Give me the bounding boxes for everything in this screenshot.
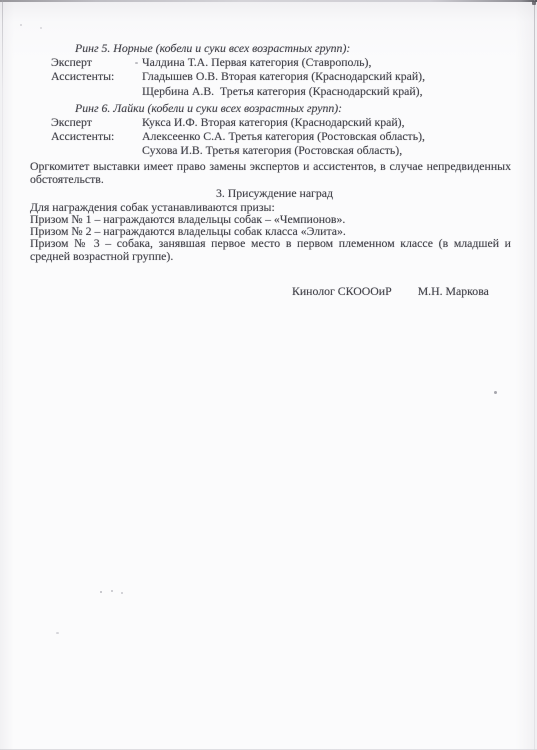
expert-value: Чалдина Т.А. Первая категория (Ставропол…: [142, 55, 511, 69]
scanned-document-page: Ринг 5. Норные (кобели и суки всех возра…: [0, 0, 537, 750]
ring-6-heading: Ринг 6. Лайки (кобели и суки всех возрас…: [30, 101, 511, 115]
expert-label: Эксперт: [30, 55, 142, 69]
signature-name: М.Н. Маркова: [418, 285, 489, 298]
ring-5-expert-row: Эксперт Чалдина Т.А. Первая категория (С…: [30, 55, 511, 69]
section-heading-awards: 3. Присуждение наград: [30, 187, 511, 199]
scan-right-edge: [534, 0, 535, 750]
ring-5-assistant-row-2: Щербина А.В. Третья категория (Краснодар…: [30, 84, 511, 98]
scan-speck: [40, 27, 42, 29]
signature-line: Кинолог СКОООиР М.Н. Маркова: [30, 285, 511, 298]
assistants-label: Ассистенты:: [30, 69, 142, 83]
award-prize-3: Призом № 3 – собака, занявшая первое мес…: [30, 237, 511, 261]
ring-5-heading: Ринг 5. Норные (кобели и суки всех возра…: [30, 41, 511, 55]
orgcommittee-note: Оргкомитет выставки имеет право замены э…: [30, 160, 511, 187]
scan-speck: [121, 592, 123, 594]
scan-speck: [135, 62, 138, 64]
assistants-label: Ассистенты:: [30, 129, 142, 143]
expert-label: Эксперт: [30, 115, 142, 129]
scan-speck: [20, 24, 22, 26]
scan-speck: [56, 632, 59, 634]
expert-value: Кукса И.Ф. Вторая категория (Краснодарск…: [142, 115, 511, 129]
signature-role: Кинолог СКОООиР: [292, 285, 392, 298]
scan-left-edge: [2, 0, 3, 750]
scan-speck: [111, 590, 113, 592]
awards-block: Для награждения собак устанавливаются пр…: [30, 201, 511, 262]
scan-speck: [100, 591, 102, 593]
scan-top-edge: [0, 0, 537, 2]
assistant-value: Алексеенко С.А. Третья категория (Ростов…: [142, 129, 511, 143]
assistants-label-empty: [30, 143, 142, 157]
ring-5-assistant-row-1: Ассистенты: Гладышев О.В. Вторая категор…: [30, 69, 511, 83]
ring-6-block: Ринг 6. Лайки (кобели и суки всех возрас…: [30, 101, 511, 158]
scan-speck: [494, 391, 497, 394]
assistant-value: Гладышев О.В. Вторая категория (Краснода…: [142, 69, 511, 83]
ring-6-assistant-row-2: Сухова И.В. Третья категория (Ростовская…: [30, 143, 511, 157]
document-content: Ринг 5. Норные (кобели и суки всех возра…: [30, 41, 511, 298]
ring-5-block: Ринг 5. Норные (кобели и суки всех возра…: [30, 41, 511, 98]
assistant-value: Сухова И.В. Третья категория (Ростовская…: [142, 143, 511, 157]
scan-corner-artifact: [532, 1, 536, 5]
assistants-label-empty: [30, 84, 142, 98]
ring-6-expert-row: Эксперт Кукса И.Ф. Вторая категория (Кра…: [30, 115, 511, 129]
ring-6-assistant-row-1: Ассистенты: Алексеенко С.А. Третья катег…: [30, 129, 511, 143]
assistant-value: Щербина А.В. Третья категория (Краснодар…: [142, 84, 511, 98]
